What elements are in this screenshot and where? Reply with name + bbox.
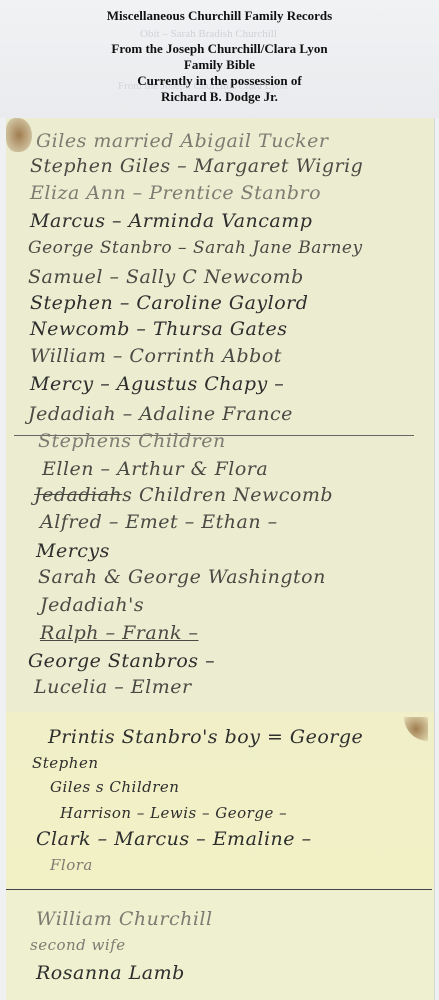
- header-line: Family Bible: [0, 57, 439, 72]
- handwritten-page: Giles married Abigail Tucker Stephen Gil…: [6, 118, 434, 1000]
- header-line: Currently in the possession of: [0, 73, 439, 88]
- record-line: Giles married Abigail Tucker: [36, 130, 328, 152]
- record-line: Jedadiahs Children Newcomb: [34, 484, 333, 506]
- record-line: Jedadiah – Adaline France: [28, 403, 293, 425]
- record-line: Marcus – Arminda Vancamp: [30, 210, 312, 232]
- record-line: Giles s Children: [50, 778, 179, 796]
- bleedthrough-text: Obit – Sarah Bradish Churchill: [140, 28, 277, 40]
- record-line: Lucelia – Elmer: [34, 676, 192, 698]
- header-title: Miscellaneous Churchill Family Records: [0, 8, 439, 23]
- divider-line: [6, 889, 432, 890]
- record-line: Stephen: [32, 754, 98, 772]
- record-line: William – Corrinth Abbot: [30, 345, 282, 367]
- record-line: Harrison – Lewis – George –: [60, 804, 287, 822]
- record-line: Samuel – Sally C Newcomb: [28, 266, 304, 288]
- record-line: Newcomb – Thursa Gates: [30, 318, 287, 340]
- record-line: Jedadiah's: [40, 594, 144, 616]
- struck-text: Jedadiah: [34, 484, 122, 506]
- header-line: Richard B. Dodge Jr.: [0, 89, 439, 104]
- age-stain: [6, 118, 32, 152]
- document-header: Obit – Sarah Bradish Churchill From the …: [0, 0, 439, 118]
- record-line: Sarah & George Washington: [38, 566, 326, 588]
- record-line: George Stanbro – Sarah Jane Barney: [28, 238, 363, 258]
- record-line: Ellen – Arthur & Flora: [42, 458, 268, 480]
- record-line: Flora: [50, 856, 93, 874]
- record-line: Stephen Giles – Margaret Wigrig: [30, 155, 363, 177]
- header-line: From the Joseph Churchill/Clara Lyon: [0, 41, 439, 56]
- record-line: Stephens Children: [38, 430, 226, 452]
- record-line: second wife: [30, 936, 126, 954]
- record-text: s Children Newcomb: [122, 484, 333, 506]
- record-line: Stephen – Caroline Gaylord: [30, 292, 308, 314]
- record-line: Rosanna Lamb: [36, 962, 185, 984]
- record-line: Eliza Ann – Prentice Stanbro: [30, 182, 321, 204]
- record-line: Alfred – Emet – Ethan –: [40, 511, 278, 533]
- record-line: Ralph – Frank –: [40, 622, 199, 644]
- record-line: Printis Stanbro's boy = George: [48, 726, 363, 748]
- record-line: Mercys: [36, 540, 110, 562]
- record-line: Clark – Marcus – Emaline –: [36, 828, 312, 850]
- record-line: George Stanbros –: [28, 650, 215, 672]
- record-line: Mercy – Agustus Chapy –: [30, 373, 284, 395]
- record-line: William Churchill: [36, 908, 213, 930]
